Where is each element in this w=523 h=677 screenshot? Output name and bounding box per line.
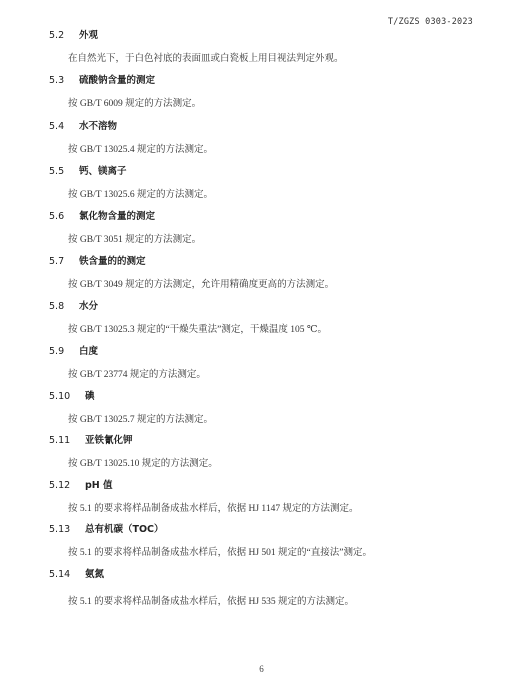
section-title: 氯化物含量的测定 (79, 211, 155, 222)
section-heading: 5.6氯化物含量的测定 (49, 210, 479, 224)
section-body: 按 GB/T 23774 规定的方法测定。 (68, 368, 479, 382)
section-heading: 5.2外观 (49, 29, 479, 43)
section-body: 按 GB/T 3049 规定的方法测定，允许用精确度更高的方法测定。 (68, 278, 479, 292)
section-body: 按 5.1 的要求将样品制备成盐水样后，依据 HJ 535 规定的方法测定。 (68, 595, 479, 609)
section-body: 按 GB/T 3051 规定的方法测定。 (68, 233, 479, 247)
section-5-13: 5.13总有机碳（TOC） 按 5.1 的要求将样品制备成盐水样后，依据 HJ … (49, 523, 479, 560)
section-5-11: 5.11亚铁氰化钾 按 GB/T 13025.10 规定的方法测定。 (49, 434, 479, 471)
section-number: 5.7 (49, 255, 73, 269)
section-title: 外观 (79, 30, 98, 41)
section-number: 5.11 (49, 434, 79, 448)
section-title: 白度 (79, 346, 98, 357)
section-heading: 5.10碘 (49, 390, 479, 404)
section-number: 5.6 (49, 210, 73, 224)
section-heading: 5.8水分 (49, 300, 479, 314)
section-heading: 5.11亚铁氰化钾 (49, 434, 479, 448)
section-number: 5.5 (49, 165, 73, 179)
section-title: 氨氮 (85, 569, 104, 580)
section-5-9: 5.9白度 按 GB/T 23774 规定的方法测定。 (49, 345, 479, 382)
section-heading: 5.4水不溶物 (49, 120, 479, 134)
section-5-4: 5.4水不溶物 按 GB/T 13025.4 规定的方法测定。 (49, 120, 479, 157)
section-number: 5.14 (49, 568, 79, 582)
section-heading: 5.9白度 (49, 345, 479, 359)
section-title: 水分 (79, 301, 98, 312)
section-number: 5.12 (49, 479, 79, 493)
section-5-10: 5.10碘 按 GB/T 13025.7 规定的方法测定。 (49, 390, 479, 427)
section-body: 按 5.1 的要求将样品制备成盐水样后，依据 HJ 501 规定的“直接法”测定… (68, 546, 479, 560)
section-heading: 5.13总有机碳（TOC） (49, 523, 479, 537)
section-title: 硫酸钠含量的测定 (79, 75, 155, 86)
section-body: 在自然光下，于白色衬底的表面皿或白瓷板上用目视法判定外观。 (68, 52, 479, 66)
section-heading: 5.5钙、镁离子 (49, 165, 479, 179)
section-body: 按 GB/T 13025.7 规定的方法测定。 (68, 413, 479, 427)
section-body: 按 GB/T 13025.10 规定的方法测定。 (68, 457, 479, 471)
section-body: 按 5.1 的要求将样品制备成盐水样后，依据 HJ 1147 规定的方法测定。 (68, 502, 479, 516)
section-heading: 5.12pH 值 (49, 479, 479, 493)
section-heading: 5.7铁含量的的测定 (49, 255, 479, 269)
section-heading: 5.3硫酸钠含量的测定 (49, 74, 479, 88)
section-number: 5.3 (49, 74, 73, 88)
section-5-12: 5.12pH 值 按 5.1 的要求将样品制备成盐水样后，依据 HJ 1147 … (49, 479, 479, 516)
section-title: 铁含量的的测定 (79, 256, 146, 267)
section-number: 5.10 (49, 390, 79, 404)
section-5-3: 5.3硫酸钠含量的测定 按 GB/T 6009 规定的方法测定。 (49, 74, 479, 111)
page-number: 6 (0, 664, 523, 674)
section-title: pH 值 (85, 480, 113, 491)
section-5-5: 5.5钙、镁离子 按 GB/T 13025.6 规定的方法测定。 (49, 165, 479, 202)
section-5-8: 5.8水分 按 GB/T 13025.3 规定的“干燥失重法”测定，干燥温度 1… (49, 300, 479, 337)
document-page: T/ZGZS 0303-2023 5.2外观 在自然光下，于白色衬底的表面皿或白… (0, 0, 523, 677)
section-title: 总有机碳（TOC） (85, 524, 164, 535)
section-title: 钙、镁离子 (79, 166, 127, 177)
section-title: 水不溶物 (79, 121, 117, 132)
section-title: 亚铁氰化钾 (85, 435, 133, 446)
section-title: 碘 (85, 391, 95, 402)
section-heading: 5.14氨氮 (49, 568, 479, 582)
section-number: 5.8 (49, 300, 73, 314)
section-5-14: 5.14氨氮 按 5.1 的要求将样品制备成盐水样后，依据 HJ 535 规定的… (49, 568, 479, 609)
section-body: 按 GB/T 13025.6 规定的方法测定。 (68, 188, 479, 202)
section-5-7: 5.7铁含量的的测定 按 GB/T 3049 规定的方法测定，允许用精确度更高的… (49, 255, 479, 292)
section-number: 5.4 (49, 120, 73, 134)
section-number: 5.9 (49, 345, 73, 359)
section-5-2: 5.2外观 在自然光下，于白色衬底的表面皿或白瓷板上用目视法判定外观。 (49, 29, 479, 66)
section-body: 按 GB/T 6009 规定的方法测定。 (68, 97, 479, 111)
section-body: 按 GB/T 13025.4 规定的方法测定。 (68, 143, 479, 157)
section-number: 5.13 (49, 523, 79, 537)
section-number: 5.2 (49, 29, 73, 43)
section-body: 按 GB/T 13025.3 规定的“干燥失重法”测定，干燥温度 105 ℃。 (68, 323, 479, 337)
section-5-6: 5.6氯化物含量的测定 按 GB/T 3051 规定的方法测定。 (49, 210, 479, 247)
document-code: T/ZGZS 0303-2023 (388, 17, 473, 27)
